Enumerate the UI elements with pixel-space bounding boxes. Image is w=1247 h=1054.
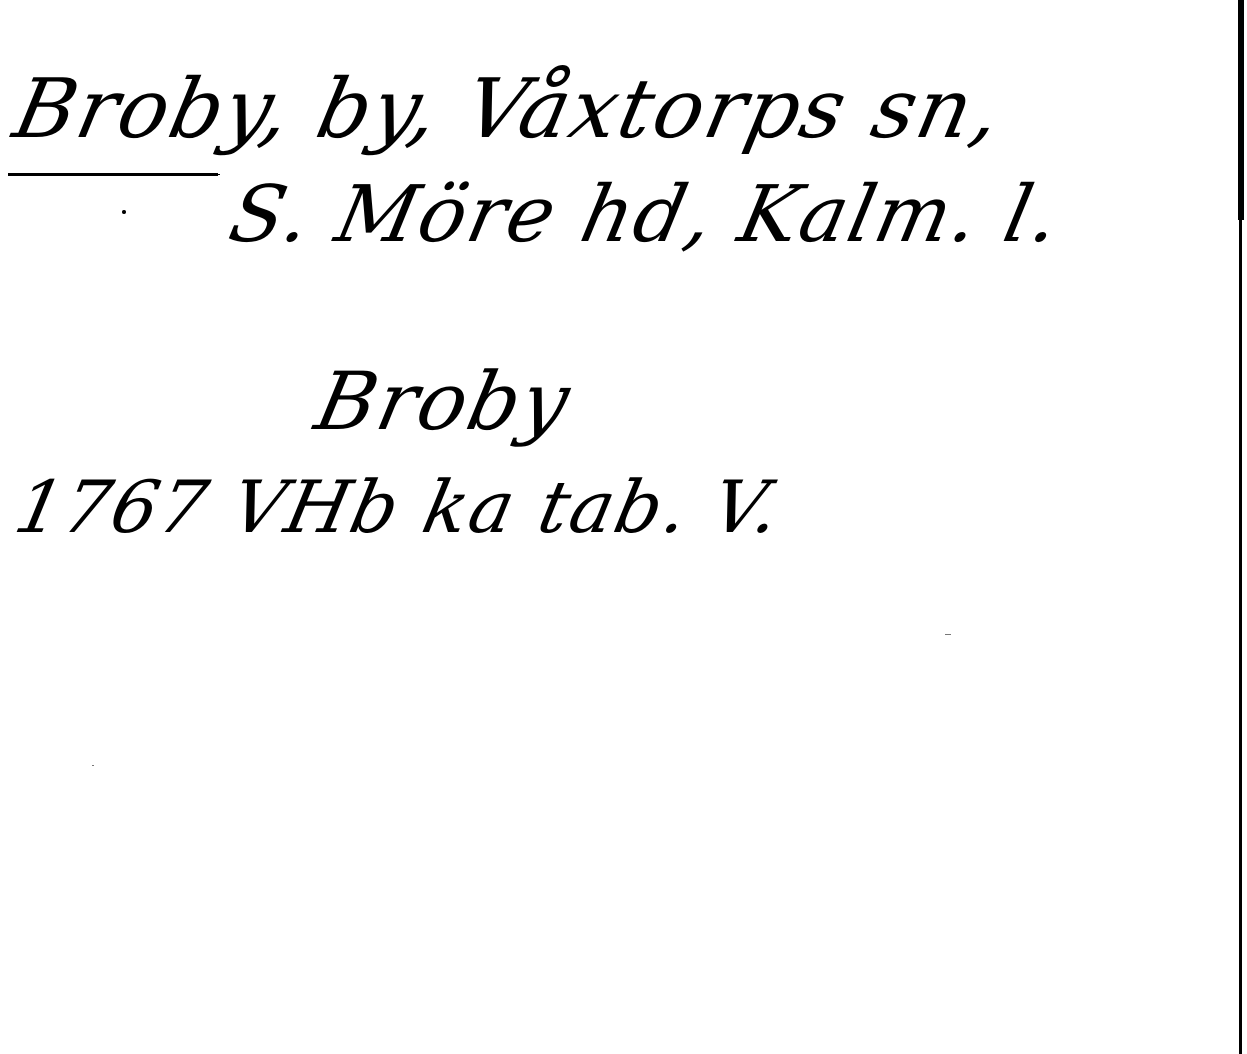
location-line: S. Möre hd, Kalm. l. [222, 170, 1069, 260]
heading-line: Broby, by, Våxtorps sn, [6, 62, 1011, 157]
stray-dot [122, 210, 126, 214]
source-line: 1767 VHb ka tab. V. [8, 465, 789, 549]
card-edge [1239, 220, 1242, 1054]
scan-speck [92, 765, 94, 766]
scan-speck [945, 634, 951, 635]
heading-underline-faint [80, 174, 220, 175]
name-form: Broby [308, 355, 579, 448]
archive-card: Broby, by, Våxtorps sn, S. Möre hd, Kalm… [0, 0, 1247, 1054]
card-edge [1238, 0, 1244, 220]
